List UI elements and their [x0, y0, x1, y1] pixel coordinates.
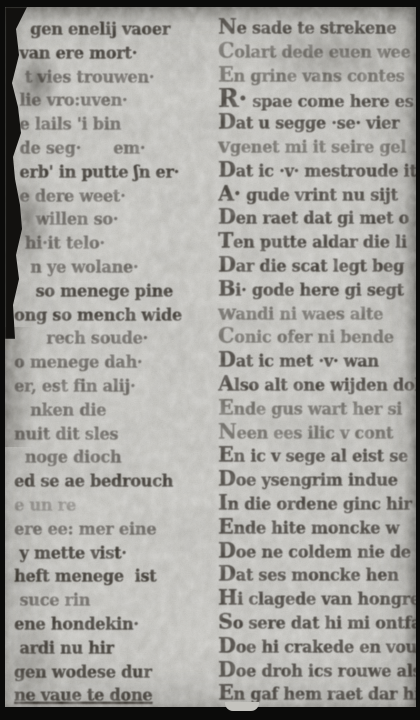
text-line: y mette vist·	[14, 541, 204, 566]
text-line: e lails 'i bin	[14, 112, 204, 137]
text-line: Colart dede euen wee	[218, 39, 416, 64]
text-line: Ende gus wart her si	[218, 396, 416, 421]
left-text-column: gen enelij vaoer van ere mort· t vies tr…	[14, 17, 204, 707]
text-line: Ende hite moncke w	[218, 515, 416, 540]
text-line: Den raet dat gi met o	[218, 205, 416, 230]
text-line: In die ordene ginc hir	[218, 491, 416, 516]
manuscript-photo: gen enelij vaoer van ere mort· t vies tr…	[0, 0, 420, 720]
text-line: hi·it telo·	[14, 231, 204, 256]
text-line: nken die	[14, 398, 204, 423]
text-line: ed se ae bedrouch	[14, 469, 204, 494]
text-line: En ic v sege al eist se	[218, 443, 416, 468]
text-line: rech soude·	[14, 326, 204, 351]
text-line: noge dioch	[14, 445, 204, 470]
text-line: e dere weet·	[14, 184, 204, 209]
text-line: ere ee: mer eine	[14, 517, 204, 542]
paper-notch	[225, 702, 259, 711]
text-line: gen wodese dur	[14, 660, 204, 685]
text-line: Dar die scat legt beg	[218, 253, 416, 278]
text-line: Dat ses moncke hen	[218, 562, 416, 587]
text-line: Doe droh ics rouwe als	[218, 658, 416, 683]
text-line: erb' in putte ʃn er·	[14, 160, 204, 185]
text-line: heft menege ist	[14, 564, 204, 589]
text-line: R· spae come here es	[218, 86, 416, 111]
text-line: So sere dat hi mi ontfa	[218, 610, 416, 635]
text-line: nuit dit sles	[14, 422, 204, 447]
text-line: wandi ni waes alte	[218, 301, 416, 326]
text-line: er, est fin alij·	[14, 374, 204, 399]
text-line: A· gude vrint nu sijt	[218, 182, 416, 207]
right-text-column: Ne sade te strekeneColart dede euen weeE…	[218, 15, 416, 707]
text-line: Doe hi crakede en vour	[218, 634, 416, 659]
text-line: o menege dah·	[14, 350, 204, 375]
text-line: n ye wolane·	[14, 255, 204, 280]
text-line: Dat u segge ·se· vier	[218, 110, 416, 135]
text-line: Ne sade te strekene	[218, 15, 416, 40]
text-line: Doe ne coldem nie de pri	[218, 539, 416, 564]
text-line: Dat ic ·v· mestroude it	[218, 158, 416, 183]
text-line: gen enelij vaoer	[14, 17, 204, 42]
text-line: vgenet mi it seire gel	[218, 134, 416, 159]
text-line: e un re	[14, 493, 204, 518]
text-line: so menege pine	[14, 279, 204, 304]
text-line: lie vro:uven·	[14, 88, 204, 113]
text-line: willen so·	[14, 207, 204, 232]
text-line: de seg· em·	[14, 136, 204, 161]
text-line: t vies trouwen·	[14, 65, 204, 90]
text-line: suce rin	[14, 588, 204, 613]
manuscript-page: gen enelij vaoer van ere mort· t vies tr…	[5, 7, 416, 707]
text-line: Conic ofer ni bende	[218, 324, 416, 349]
text-line: Hi clagede van hongre	[218, 586, 416, 611]
text-line: ene hondekin·	[14, 612, 204, 637]
text-line: Doe ysengrim indue	[218, 467, 416, 492]
text-line: van ere mort·	[14, 41, 204, 66]
text-line: Neen ees ilic v cont	[218, 420, 416, 445]
text-line: Bi· gode here gi segt	[218, 277, 416, 302]
text-line: Ten putte aldar die li	[218, 229, 416, 254]
text-line: Also alt one wijden dol	[218, 372, 416, 397]
text-line: ong so mench wide	[14, 303, 204, 328]
text-line: ardi nu hir	[14, 636, 204, 661]
text-line: En grine vans contes	[218, 63, 416, 88]
text-line: ne vaue te done	[14, 683, 204, 707]
text-line: Dat ic met ·v· wan	[218, 348, 416, 373]
